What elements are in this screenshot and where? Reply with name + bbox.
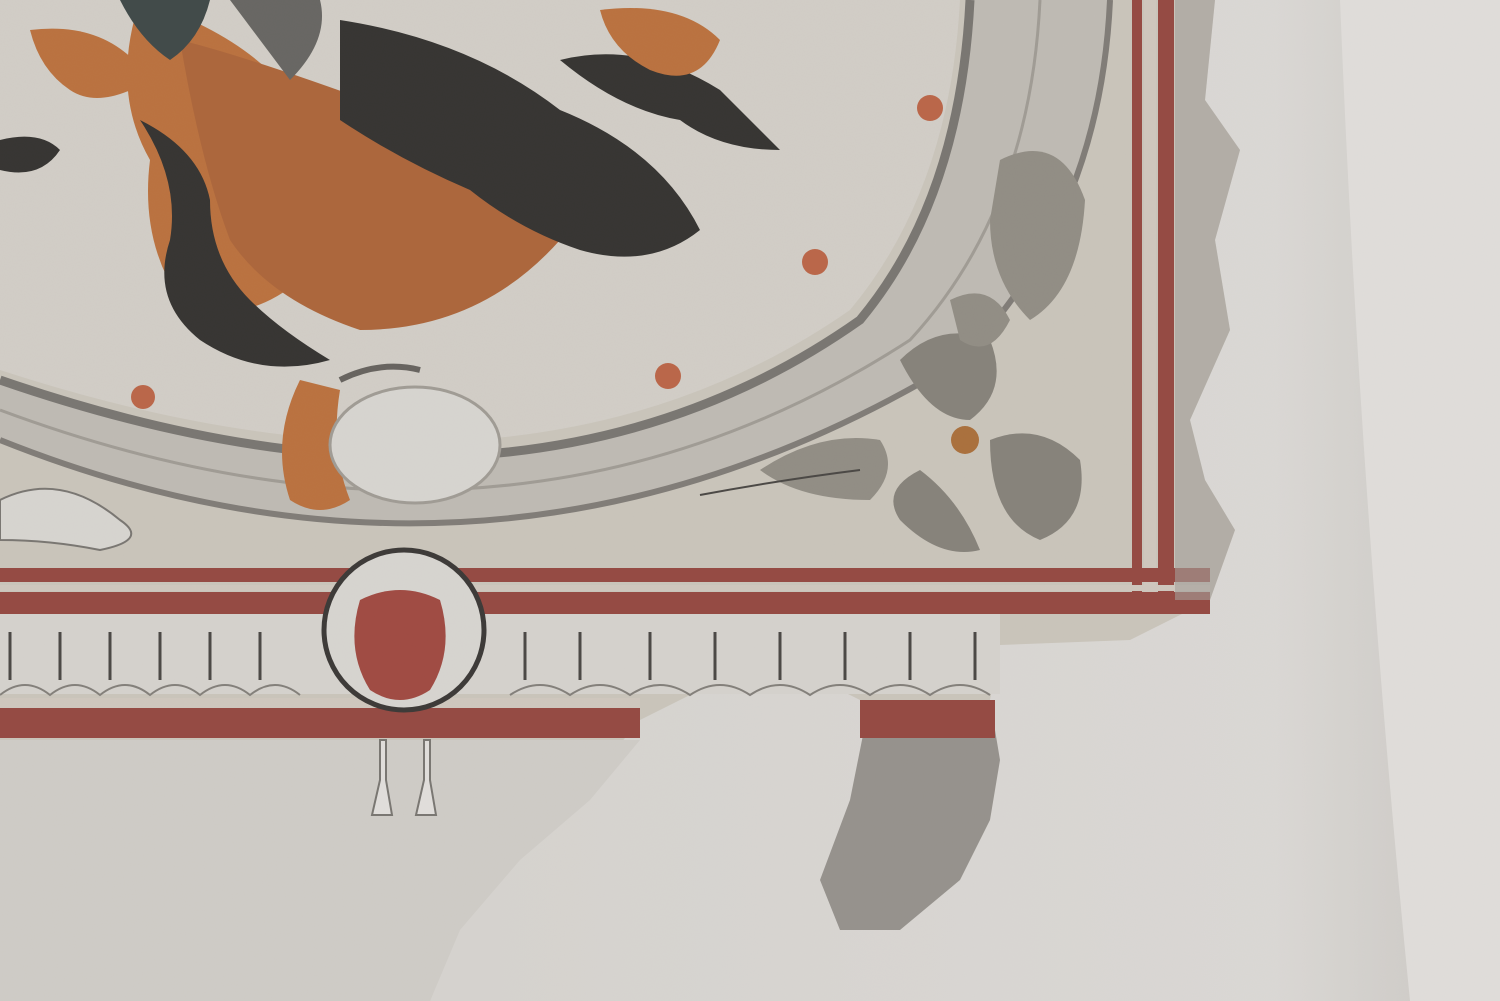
fresco-illustration <box>0 0 1500 1001</box>
texture-overlay <box>0 0 1500 1001</box>
fresco-photo <box>0 0 1500 1001</box>
